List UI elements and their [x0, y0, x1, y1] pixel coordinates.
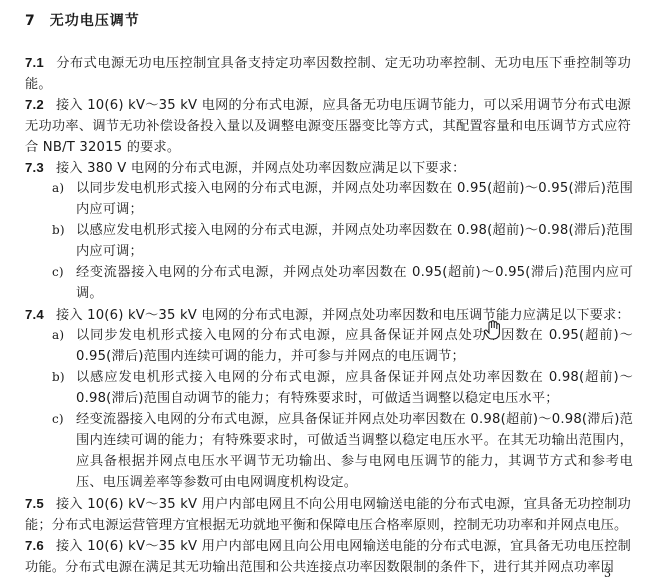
list-marker: c): [52, 262, 64, 283]
clause-text: 接入 10(6) kV～35 kV 电网的分布式电源，并网点处功率因数和电压调节…: [56, 308, 630, 323]
section-number: 7: [25, 13, 36, 29]
clause-7-3-item-c: c)经变流器接入电网的分布式电源，并网点处功率因数在 0.95(超前)～0.95…: [50, 262, 633, 304]
hand-pointer-icon: [483, 320, 501, 340]
clause-7-6: 7.6接入 10(6) kV～35 kV 用户内部电网且向公用电网输送电能的分布…: [25, 535, 631, 578]
clause-number: 7.5: [25, 496, 44, 511]
clause-text: 分布式电源无功电压控制宜具备支持定功率因数控制、定无功功率控制、无功电压下垂控制…: [25, 56, 631, 92]
document-page: 7无功电压调节 7.1分布式电源无功电压控制宜具备支持定功率因数控制、定无功功率…: [0, 0, 652, 588]
clause-7-5: 7.5接入 10(6) kV～35 kV 用户内部电网且不向公用电网输送电能的分…: [25, 493, 631, 536]
list-item-text: 经变流器接入电网的分布式电源，并网点处功率因数在 0.95(超前)～0.95(滞…: [76, 265, 633, 301]
list-marker: c): [52, 409, 64, 430]
clause-7-4-item-c: c)经变流器接入电网的分布式电源，应具备保证并网点处功率因数在 0.98(超前)…: [50, 409, 633, 493]
clause-7-3-item-b: b)以感应发电机形式接入电网的分布式电源，并网点处功率因数在 0.98(超前)～…: [50, 220, 633, 262]
clause-text: 接入 10(6) kV～35 kV 电网的分布式电源，应具备无功电压调节能力，可…: [25, 98, 631, 155]
clause-number: 7.4: [25, 307, 44, 322]
clause-7-3-item-a: a)以同步发电机形式接入电网的分布式电源，并网点处功率因数在 0.95(超前)～…: [50, 178, 633, 220]
clause-number: 7.3: [25, 160, 44, 175]
list-marker: a): [52, 325, 64, 346]
clause-7-4-item-b: b)以感应发电机形式接入电网的分布式电源，应具备保证并网点处功率因数在 0.98…: [50, 367, 633, 409]
clause-number: 7.2: [25, 97, 44, 112]
list-item-text: 经变流器接入电网的分布式电源，应具备保证并网点处功率因数在 0.98(超前)～0…: [76, 412, 633, 490]
list-item-text: 以感应发电机形式接入电网的分布式电源，并网点处功率因数在 0.98(超前)～0.…: [76, 223, 633, 259]
clause-text: 接入 10(6) kV～35 kV 用户内部电网且向公用电网输送电能的分布式电源…: [25, 539, 631, 575]
clause-text: 接入 380 V 电网的分布式电源，并网点处功率因数应满足以下要求：: [56, 161, 466, 176]
list-item-text: 以同步发电机形式接入电网的分布式电源，应具备保证并网点处功率因数在 0.95(超…: [76, 328, 633, 364]
clause-7-2: 7.2接入 10(6) kV～35 kV 电网的分布式电源，应具备无功电压调节能…: [25, 94, 631, 158]
clause-7-4: 7.4接入 10(6) kV～35 kV 电网的分布式电源，并网点处功率因数和电…: [25, 304, 631, 326]
list-item-text: 以感应发电机形式接入电网的分布式电源，应具备保证并网点处功率因数在 0.98(超…: [76, 370, 633, 406]
clause-number: 7.6: [25, 538, 44, 553]
section-heading: 7无功电压调节: [25, 10, 140, 30]
list-marker: b): [52, 220, 65, 241]
list-item-text: 以同步发电机形式接入电网的分布式电源，并网点处功率因数在 0.95(超前)～0.…: [76, 181, 633, 217]
clause-number: 7.1: [25, 55, 44, 70]
clause-7-3: 7.3接入 380 V 电网的分布式电源，并网点处功率因数应满足以下要求：: [25, 157, 631, 179]
list-marker: a): [52, 178, 64, 199]
list-marker: b): [52, 367, 65, 388]
clause-7-4-item-a: a)以同步发电机形式接入电网的分布式电源，应具备保证并网点处功率因数在 0.95…: [50, 325, 633, 367]
clause-text: 接入 10(6) kV～35 kV 用户内部电网且不向公用电网输送电能的分布式电…: [25, 497, 631, 533]
page-number: 3: [604, 567, 611, 580]
clause-7-1: 7.1分布式电源无功电压控制宜具备支持定功率因数控制、定无功功率控制、无功电压下…: [25, 52, 631, 95]
section-title: 无功电压调节: [50, 13, 140, 29]
